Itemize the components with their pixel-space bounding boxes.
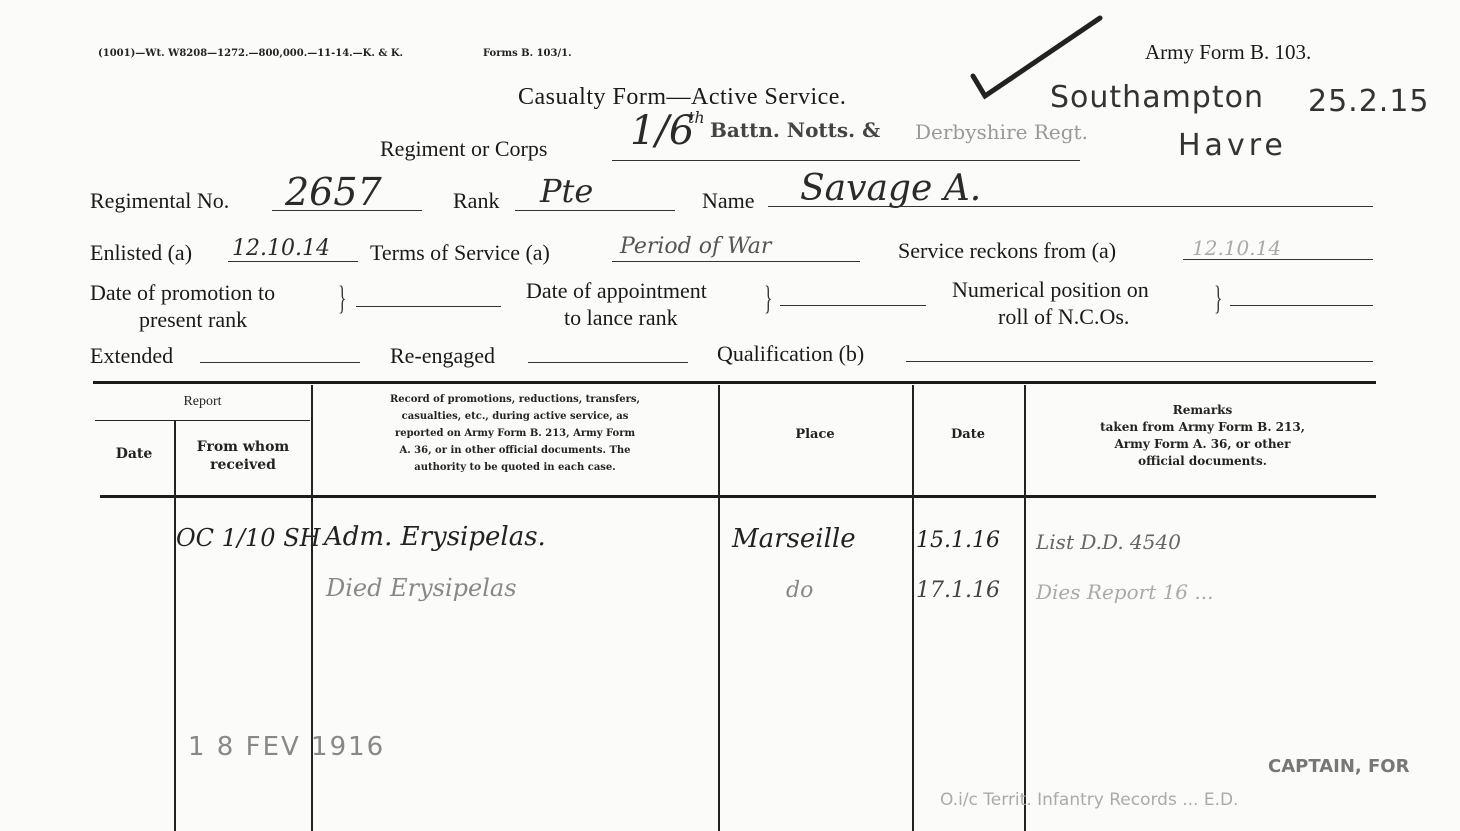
qualification-label: Qualification (b): [717, 341, 864, 367]
stamp-date: 25.2.15: [1308, 84, 1430, 119]
col-divider: [174, 421, 176, 831]
header-from-whom: From whom received: [176, 438, 310, 474]
stamp-port: Havre: [1178, 128, 1287, 163]
reckons-value: 12.10.14: [1192, 236, 1281, 260]
brace-icon: }: [764, 280, 772, 318]
regimental-no-label: Regimental No.: [90, 188, 229, 214]
header-report-date: Date: [95, 446, 173, 463]
enlisted-line: [228, 261, 358, 262]
col-divider: [311, 385, 313, 831]
table-top-rule: [93, 381, 1376, 384]
header-remarks-line: Army Form A. 36, or other: [1030, 436, 1375, 453]
reengaged-line: [528, 362, 688, 363]
regimental-no-value: 2657: [285, 170, 382, 214]
brace-icon: }: [338, 280, 346, 318]
footer-stamp-records: O.i/c Territ. Infantry Records ... E.D.: [940, 790, 1238, 810]
header-record-line: A. 36, or in other official documents. T…: [320, 442, 710, 459]
table-header-rule: [100, 495, 1376, 498]
nco-label-2: roll of N.C.Os.: [998, 304, 1129, 330]
rank-label: Rank: [453, 188, 499, 214]
report-subrule: [95, 420, 310, 421]
regiment-label: Regiment or Corps: [380, 136, 547, 162]
terms-label: Terms of Service (a): [370, 240, 550, 266]
lance-label-1: Date of appointment: [526, 278, 707, 304]
header-remarks-line: Remarks: [1030, 402, 1375, 419]
promotion-line: [356, 306, 501, 307]
enlisted-value: 12.10.14: [232, 236, 330, 261]
header-from-whom-line2: received: [176, 456, 310, 474]
header-remarks-line: taken from Army Form B. 213,: [1030, 419, 1375, 436]
nco-label-1: Numerical position on: [952, 277, 1149, 303]
terms-line: [612, 261, 860, 262]
col-divider: [912, 385, 914, 831]
stamp-location: Southampton: [1050, 80, 1264, 115]
cell-place: Marseille: [732, 524, 856, 554]
qualification-line: [906, 361, 1373, 362]
header-remarks: Remarks taken from Army Form B. 213, Arm…: [1030, 402, 1375, 470]
cell-remarks: Dies Report 16 ...: [1036, 580, 1213, 604]
name-label: Name: [702, 188, 755, 214]
regiment-stamp-bold: Battn. Notts. &: [710, 118, 880, 142]
reckons-label: Service reckons from (a): [898, 238, 1116, 264]
rank-line: [515, 210, 675, 211]
extended-label: Extended: [90, 343, 173, 369]
cell-record: Adm. Erysipelas.: [324, 522, 546, 552]
promotion-label-1: Date of promotion to: [90, 280, 275, 306]
header-remarks-line: official documents.: [1030, 453, 1375, 470]
cell-date: 15.1.16: [916, 528, 1000, 553]
name-value: Savage A.: [800, 168, 981, 209]
cell-record: Died Erysipelas: [326, 574, 517, 602]
regiment-battalion-value: 1/6: [630, 108, 694, 154]
col-divider: [1024, 385, 1026, 831]
rank-value: Pte: [540, 172, 593, 210]
enlisted-label: Enlisted (a): [90, 240, 192, 266]
regiment-field-line: [612, 160, 1080, 161]
lance-line: [780, 305, 926, 306]
terms-value: Period of War: [620, 234, 771, 259]
col-divider: [718, 385, 720, 831]
forms-reference: Forms B. 103/1.: [483, 48, 572, 59]
cell-place: do: [786, 578, 813, 603]
cell-remarks: List D.D. 4540: [1036, 530, 1181, 554]
receipt-date-stamp: 1 8 FEV 1916: [188, 732, 385, 762]
print-code: (1001)—Wt. W8208—1272.—800,000.—11-14.—K…: [98, 48, 403, 59]
lance-label-2: to lance rank: [564, 305, 678, 331]
brace-icon: }: [1214, 280, 1222, 318]
page-title: Casualty Form—Active Service.: [518, 84, 846, 111]
header-date: Date: [914, 426, 1022, 443]
cell-date: 17.1.16: [916, 578, 1000, 603]
regiment-superscript: th: [688, 108, 705, 127]
header-record-line: Record of promotions, reductions, transf…: [320, 391, 710, 408]
reengaged-label: Re-engaged: [390, 343, 495, 369]
promotion-label-2: present rank: [139, 307, 247, 333]
header-place: Place: [720, 426, 910, 443]
extended-line: [200, 362, 360, 363]
nco-line: [1230, 305, 1373, 306]
header-record-line: casualties, etc., during active service,…: [320, 408, 710, 425]
header-report: Report: [95, 393, 310, 410]
footer-stamp-captain: CAPTAIN, FOR: [1268, 756, 1409, 777]
header-record-line: authority to be quoted in each case.: [320, 459, 710, 476]
header-record: Record of promotions, reductions, transf…: [320, 391, 710, 476]
header-from-whom-line1: From whom: [176, 438, 310, 456]
cell-from-whom: OC 1/10 SH: [176, 524, 321, 552]
regiment-stamp-light: Derbyshire Regt.: [915, 120, 1088, 144]
header-record-line: reported on Army Form B. 213, Army Form: [320, 425, 710, 442]
form-id: Army Form B. 103.: [1145, 40, 1311, 65]
